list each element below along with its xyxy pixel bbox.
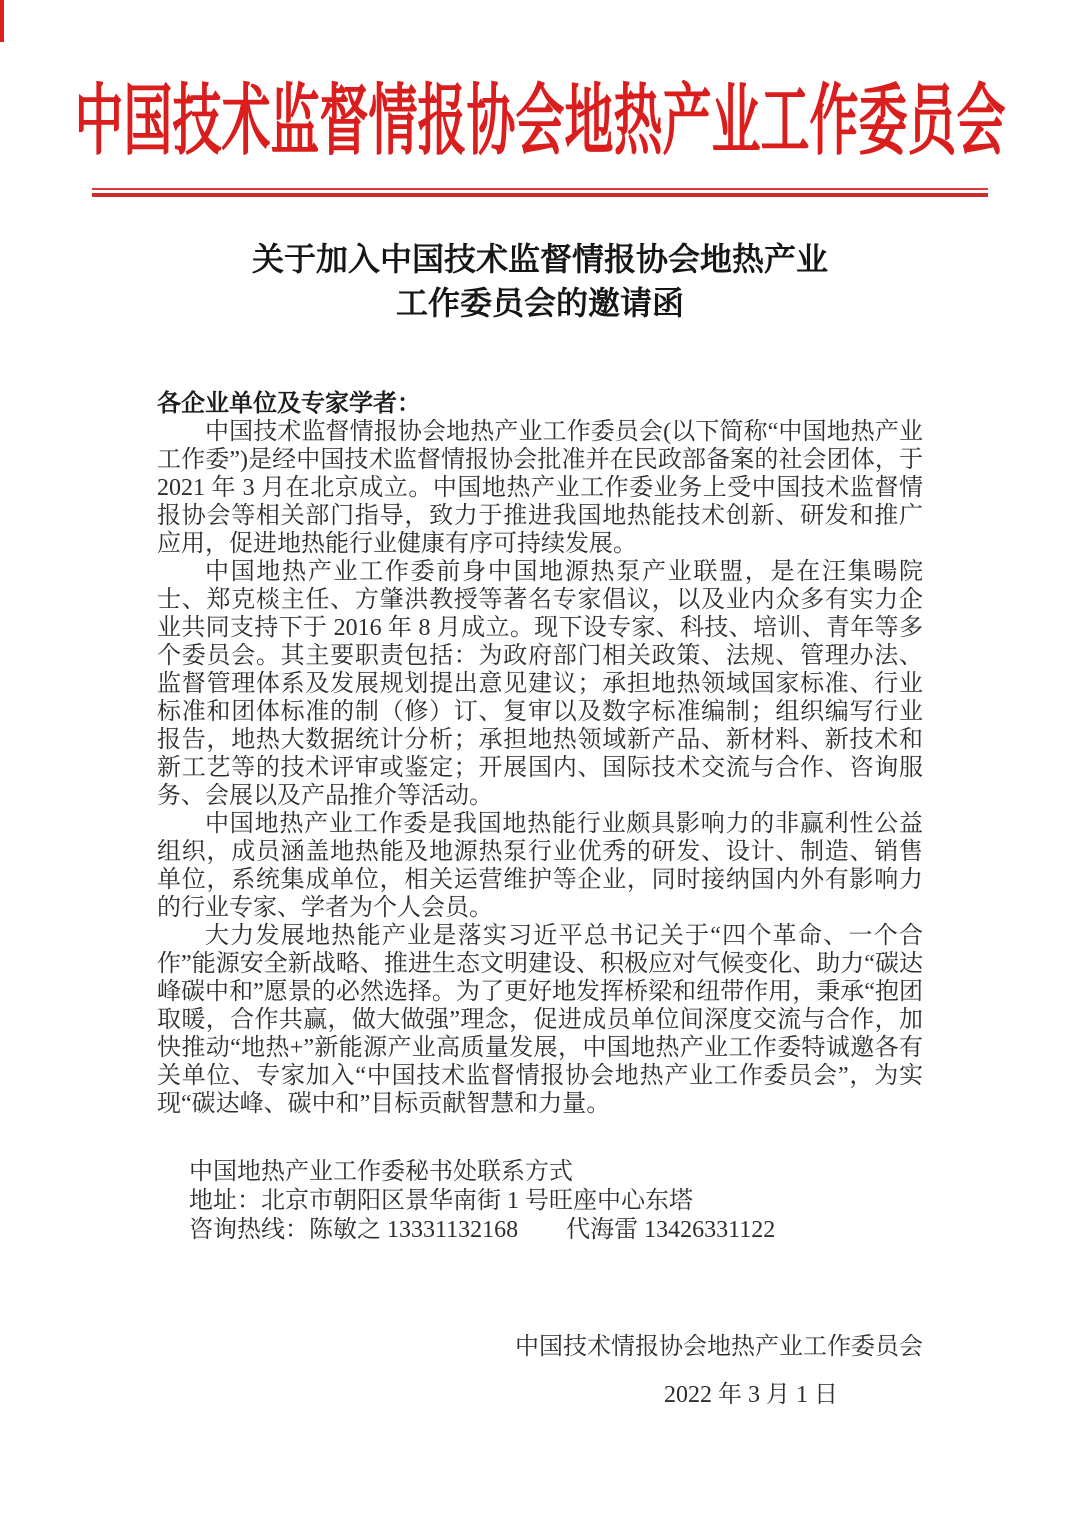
contact-address: 地址：北京市朝阳区景华南街 1 号旺座中心东塔 [189,1187,923,1216]
scan-edge-artifact [0,0,4,42]
contact-hotline: 咨询热线：陈敏之 13331132168 代海雷 13426331122 [189,1216,923,1245]
letterhead-divider [92,188,988,197]
body-paragraph: 大力发展地热能产业是落实习近平总书记关于“四个革命、一个合作”能源安全新战略、推… [157,922,923,1118]
contact-heading: 中国地热产业工作委秘书处联系方式 [189,1158,923,1187]
org-title: 中国技术监督情报协会地热产业工作委员会 [0,82,1080,159]
letter-body: 各企业单位及专家学者： 中国技术监督情报协会地热产业工作委员会(以下简称“中国地… [0,390,1080,1409]
body-paragraph: 中国地热产业工作委是我国地热能行业颇具影响力的非赢利性公益组织，成员涵盖地热能及… [157,810,923,922]
signature-org: 中国技术情报协会地热产业工作委员会 [157,1333,923,1361]
contact-block: 中国地热产业工作委秘书处联系方式 地址：北京市朝阳区景华南街 1 号旺座中心东塔… [189,1158,923,1245]
body-paragraph: 中国地热产业工作委前身中国地源热泵产业联盟，是在汪集暘院士、郑克棪主任、方肇洪教… [157,558,923,810]
invitation-letter-page: 中国技术监督情报协会地热产业工作委员会 关于加入中国技术监督情报协会地热产业 工… [0,0,1080,1527]
document-title: 关于加入中国技术监督情报协会地热产业 工作委员会的邀请函 [0,237,1080,325]
document-title-line2: 工作委员会的邀请函 [0,281,1080,325]
salutation: 各企业单位及专家学者： [157,390,923,418]
document-title-line1: 关于加入中国技术监督情报协会地热产业 [0,237,1080,281]
signature-date: 2022 年 3 月 1 日 [157,1381,923,1409]
body-paragraph: 中国技术监督情报协会地热产业工作委员会(以下简称“中国地热产业工作委”)是经中国… [157,418,923,558]
letterhead: 中国技术监督情报协会地热产业工作委员会 [0,82,1080,197]
